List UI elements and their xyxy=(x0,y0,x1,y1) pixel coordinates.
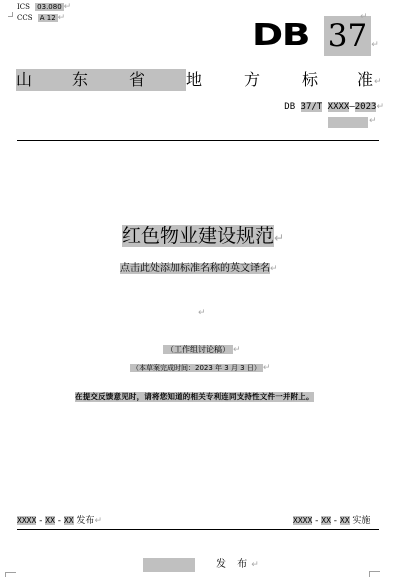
implement-day[interactable]: XX xyxy=(340,516,350,525)
ics-code-field[interactable]: 03.080 xyxy=(35,3,64,11)
date-separator: - xyxy=(334,516,337,526)
paragraph-mark-icon: ↵ xyxy=(94,516,102,526)
standard-type-char: 地 xyxy=(186,69,202,91)
publish-label: 发布 xyxy=(76,516,94,526)
date-separator: - xyxy=(39,516,42,526)
ccs-code-field[interactable]: A 12 xyxy=(38,14,58,22)
page-corner-mark-bottom-left xyxy=(5,572,16,577)
publisher-name-field[interactable] xyxy=(143,558,195,572)
ics-line: ICS 03.080↵ xyxy=(17,3,71,12)
implement-year[interactable]: XXXX xyxy=(293,516,312,525)
standard-number-dash: — xyxy=(349,102,354,112)
paragraph-mark-icon: ↵ xyxy=(270,264,278,274)
paragraph-mark-icon: ↵ xyxy=(374,71,382,93)
db-logo-letters: DB xyxy=(252,16,309,56)
page-corner-mark-top-left xyxy=(8,12,13,17)
paragraph-mark-icon: ↵ xyxy=(64,2,72,12)
standard-type-char: 方 xyxy=(244,69,260,91)
standard-type-char: 准 xyxy=(357,69,373,91)
date-separator: - xyxy=(315,516,318,526)
standard-title: 红色物业建设规范↵ xyxy=(121,223,285,251)
standard-type-heading: 山 东 省 地 方 标 准 ↵ xyxy=(16,69,386,91)
standard-number-year[interactable]: 2023 xyxy=(355,102,377,112)
paragraph-mark-icon: ↵ xyxy=(369,116,377,126)
draft-stage-line: （工作组讨论稿）↵ xyxy=(163,337,241,356)
publish-date: XXXX - XX - XX 发布↵ xyxy=(17,514,102,528)
province-name-highlight[interactable] xyxy=(16,69,186,91)
patent-notice: 在提交反馈意见时，请将您知道的相关专利连同支持性文件一并附上。 xyxy=(75,392,314,402)
header-divider xyxy=(17,140,379,141)
implement-month[interactable]: XX xyxy=(321,516,331,525)
paragraph-mark-icon: ↵ xyxy=(263,363,271,373)
standard-type-char: 标 xyxy=(302,69,318,91)
publisher-label: 发 布↵ xyxy=(216,558,259,572)
paragraph-mark-icon: ↵ xyxy=(233,345,241,355)
draft-date-line: （本草案完成时间：2023 年 3 月 3 日）↵ xyxy=(130,355,270,374)
ics-label: ICS xyxy=(17,3,30,11)
standard-number-code[interactable]: XXXX xyxy=(328,102,350,112)
draft-stage[interactable]: （工作组讨论稿） xyxy=(163,345,233,354)
paragraph-mark-icon: ↵ xyxy=(251,560,259,570)
paragraph-mark-icon: ↵ xyxy=(371,40,379,50)
publish-year[interactable]: XXXX xyxy=(17,516,36,525)
standard-number-series[interactable]: 37/T xyxy=(301,102,323,112)
paragraph-mark-icon: ↵ xyxy=(198,308,206,318)
implement-label: 实施 xyxy=(352,516,370,526)
footer-divider xyxy=(17,529,379,530)
date-separator: - xyxy=(58,516,61,526)
replaced-standard-field[interactable] xyxy=(328,117,368,128)
standard-number: DB 37/T XXXX—2023↵ xyxy=(284,101,384,114)
standard-number-prefix: DB xyxy=(284,102,295,112)
standard-type-char: 山 xyxy=(16,69,32,91)
draft-completion-date[interactable]: （本草案完成时间：2023 年 3 月 3 日） xyxy=(130,364,263,372)
publish-day[interactable]: XX xyxy=(64,516,74,525)
english-title: 点击此处添加标准名称的英文译名↵ xyxy=(120,262,278,276)
db-logo: DB 37 ↵ xyxy=(252,16,379,56)
publisher-label-text: 发 布 xyxy=(216,559,251,570)
ccs-label: CCS xyxy=(17,14,33,22)
paragraph-mark-icon: ↵ xyxy=(58,13,66,23)
publish-month[interactable]: XX xyxy=(45,516,55,525)
standard-type-char: 省 xyxy=(129,69,145,91)
implement-date: XXXX - XX - XX 实施 xyxy=(293,514,370,528)
standard-type-char: 东 xyxy=(72,69,88,91)
page-corner-mark-bottom-right xyxy=(369,571,380,577)
paragraph-mark-icon: ↵ xyxy=(274,231,284,245)
ccs-line: CCS A 12↵ xyxy=(17,14,65,23)
db-logo-province-code[interactable]: 37 xyxy=(324,16,371,56)
standard-title-text[interactable]: 红色物业建设规范 xyxy=(122,225,274,247)
paragraph-mark-icon: ↵ xyxy=(360,12,368,22)
paragraph-mark-icon: ↵ xyxy=(376,102,384,112)
english-title-placeholder[interactable]: 点击此处添加标准名称的英文译名 xyxy=(120,263,270,274)
